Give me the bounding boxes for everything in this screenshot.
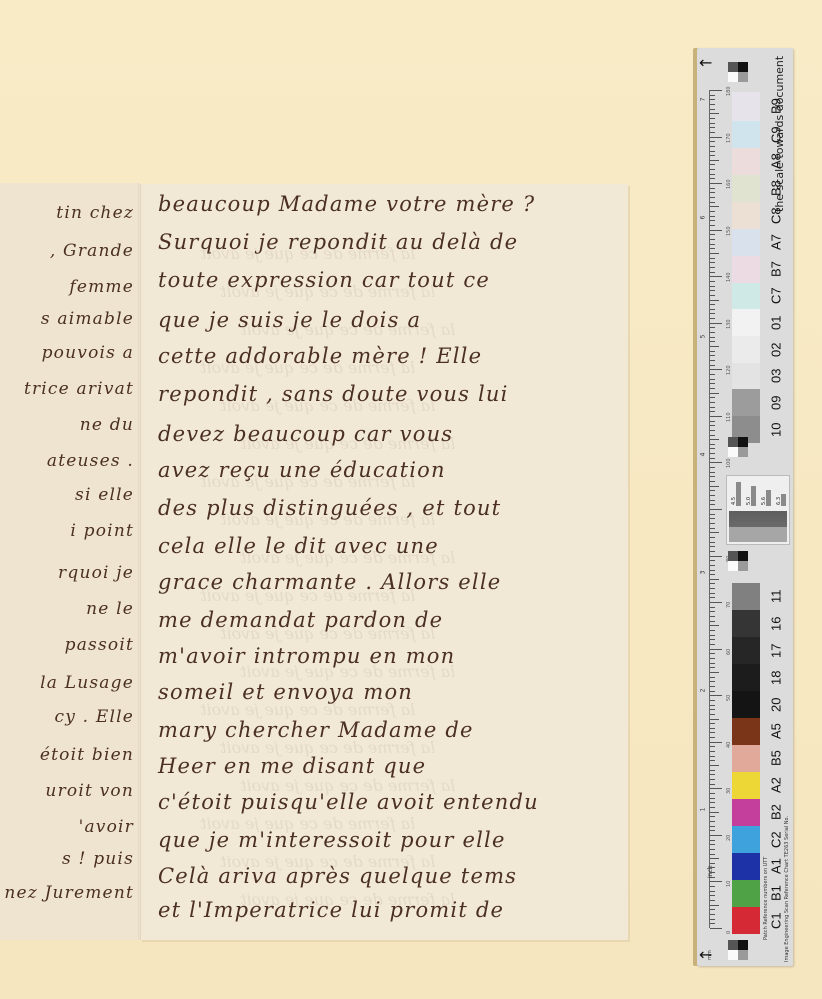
- ruler-tick: [710, 597, 715, 598]
- ruler-tick: [710, 281, 715, 282]
- ink-bleed-through: la ferme de ce que je avoit: [220, 852, 435, 871]
- chart-maker-caption: Image Engineering Scan Reference Chart T…: [784, 786, 790, 962]
- ruler-tick: [710, 802, 715, 803]
- ruler-tick: [710, 160, 719, 161]
- handwritten-line-fragment: la Lusage: [0, 673, 140, 693]
- inch-label: 2: [699, 689, 706, 693]
- patch-label: A7: [763, 229, 789, 256]
- handwritten-line-fragment: ateuses .: [0, 451, 140, 471]
- unit-inch-label: Inch: [707, 860, 714, 878]
- color-patch-02: [732, 336, 760, 363]
- ink-bleed-through: la ferme de ce que je avoit: [200, 586, 415, 605]
- ruler-tick: [710, 695, 722, 696]
- ruler-tick: [710, 788, 722, 789]
- ruler-tick: [710, 574, 715, 575]
- color-patch-16: [732, 610, 760, 637]
- ruler-tick: [710, 784, 715, 785]
- ruler-tick: [710, 588, 715, 589]
- ruler-tick: [710, 411, 715, 412]
- ruler-tick: [710, 793, 715, 794]
- ruler-tick: [710, 234, 715, 235]
- ruler-tick: [710, 183, 722, 184]
- ruler-tick: [710, 667, 715, 668]
- ruler-tick: [710, 327, 715, 328]
- ruler-tick: [710, 700, 715, 701]
- ink-bleed-through: la ferme de ce que je avoit: [220, 282, 435, 301]
- ruler-tick: [710, 430, 715, 431]
- inch-label: 1: [699, 807, 706, 811]
- ruler-tick: [710, 514, 715, 515]
- color-patch-03: [732, 363, 760, 389]
- ink-bleed-through: la ferme de ce que je avoit: [240, 548, 455, 567]
- ruler-tick: [710, 262, 715, 263]
- ruler-tick: [710, 923, 715, 924]
- ruler-tick: [710, 663, 715, 664]
- ink-bleed-through: la ferme de ce que je avoit: [240, 662, 455, 681]
- ruler-tick: [710, 304, 715, 305]
- handwritten-line-fragment: si elle: [0, 485, 140, 505]
- ruler-tick: [710, 490, 715, 491]
- ruler-tick: [710, 807, 715, 808]
- patch-label: 20: [763, 691, 789, 718]
- ruler-tick: [710, 732, 715, 733]
- ruler-tick: [710, 900, 715, 901]
- ruler-tick: [710, 737, 715, 738]
- ruler-tick: [710, 211, 715, 212]
- handwritten-line-fragment: nez Jurement: [0, 883, 140, 903]
- handwritten-line-fragment: étoit bien: [0, 745, 140, 765]
- ruler-tick: [710, 821, 715, 822]
- handwritten-line-fragment: passoit: [0, 635, 140, 655]
- ruler-tick: [710, 397, 715, 398]
- color-patch-b1: [732, 880, 760, 907]
- ruler-tick: [710, 360, 715, 361]
- ruler-tick: [710, 439, 719, 440]
- ruler-tick: [710, 178, 715, 179]
- ink-bleed-through: la ferme de ce que je avoit: [200, 814, 415, 833]
- ruler-tick: [710, 672, 719, 673]
- ruler-tick: [710, 123, 715, 124]
- ink-bleed-through: la ferme de ce que je avoit: [200, 700, 415, 719]
- ruler-tick: [710, 383, 715, 384]
- ruler-tick: [710, 546, 715, 547]
- ruler-tick: [710, 602, 722, 603]
- ruler-tick: [710, 458, 715, 459]
- ruler-tick: [710, 621, 715, 622]
- ruler-tick: [710, 95, 715, 96]
- ruler-tick: [710, 476, 715, 477]
- gray-quad-mid: [728, 437, 748, 457]
- handwritten-line-fragment: uroit von: [0, 781, 140, 801]
- ruler-tick: [710, 146, 715, 147]
- patch-label: A8: [763, 148, 789, 175]
- color-patch-a2: [732, 772, 760, 799]
- ruler-tick: [710, 705, 715, 706]
- ruler-tick: [710, 113, 719, 114]
- ruler-tick: [710, 318, 715, 319]
- color-patch-c1: [732, 907, 760, 934]
- ruler-tick: [710, 388, 715, 389]
- ruler-tick: [710, 472, 715, 473]
- ruler-tick: [710, 765, 719, 766]
- ruler-tick: [710, 881, 722, 882]
- ruler-tick: [710, 779, 715, 780]
- color-patch-b7: [732, 256, 760, 283]
- patch-label: C8: [763, 202, 789, 229]
- unit-mm-label: mm: [707, 946, 713, 960]
- density-label: 6.3: [776, 497, 782, 505]
- handwritten-line-fragment: pouvois a: [0, 343, 140, 363]
- ink-bleed-through: la ferme de ce que je avoit: [240, 890, 455, 909]
- handwritten-line-fragment: i point: [0, 521, 140, 541]
- ruler-tick: [710, 169, 715, 170]
- ruler-tick: [710, 542, 715, 543]
- ruler-tick: [710, 444, 715, 445]
- handwritten-line-fragment: rquoi je: [0, 563, 140, 583]
- ruler-tick: [710, 495, 715, 496]
- patch-label: 03: [763, 363, 789, 389]
- ruler-tick: [710, 518, 715, 519]
- ruler-tick: [710, 295, 715, 296]
- ruler-tick: [710, 132, 715, 133]
- density-bar: 6.3: [776, 480, 786, 508]
- ruler-tick: [710, 267, 715, 268]
- patch-label: A5: [763, 718, 789, 745]
- ink-bleed-through: la ferme de ce que je avoit: [240, 434, 455, 453]
- ruler-tick: [710, 244, 715, 245]
- color-patch-c7: [732, 283, 760, 309]
- ruler-tick: [710, 127, 715, 128]
- ruler-tick: [710, 583, 715, 584]
- ruler-tick: [710, 635, 715, 636]
- density-label: 4.5: [731, 497, 737, 505]
- color-patch-a5: [732, 718, 760, 745]
- ruler-tick: [710, 677, 715, 678]
- ruler-tick: [710, 481, 715, 482]
- ruler-tick: [710, 509, 722, 510]
- ruler-tick: [710, 332, 715, 333]
- patch-label: 02: [763, 336, 789, 363]
- color-patch-a8: [732, 148, 760, 175]
- ruler-tick: [710, 355, 715, 356]
- handwritten-line-fragment: ne du: [0, 415, 140, 435]
- ruler-tick: [710, 537, 715, 538]
- gray-quad-lower: [728, 551, 748, 571]
- ruler-tick: [710, 714, 715, 715]
- ruler-tick: [710, 719, 719, 720]
- ruler-tick: [710, 770, 715, 771]
- ruler-tick: [710, 812, 719, 813]
- density-bar: 5.0: [746, 480, 756, 508]
- inch-label: 5: [699, 334, 706, 338]
- patch-label: B9: [763, 92, 789, 121]
- handwritten-line-fragment: trice arivat: [0, 379, 140, 399]
- ruler-label: 100: [726, 459, 732, 469]
- ruler-tick: [710, 826, 715, 827]
- ruler-tick: [710, 300, 719, 301]
- ruler-tick: [710, 653, 715, 654]
- ruler-tick: [710, 905, 719, 906]
- ruler-tick: [710, 323, 722, 324]
- ruler-tick: [710, 197, 715, 198]
- ruler-tick: [710, 500, 715, 501]
- patch-label: 18: [763, 664, 789, 691]
- color-patch-01: [732, 309, 760, 336]
- ruler-tick: [710, 351, 715, 352]
- patch-label: 11: [763, 583, 789, 610]
- color-patch-b5: [732, 745, 760, 772]
- handwritten-line-fragment: , Grande: [0, 241, 140, 261]
- ruler-tick: [710, 686, 715, 687]
- handwritten-line-fragment: tin chez: [0, 203, 140, 223]
- ruler-tick: [710, 895, 715, 896]
- ruler-tick: [710, 746, 715, 747]
- ruler-tick: [710, 374, 715, 375]
- ruler-tick: [710, 104, 715, 105]
- ruler-tick: [710, 272, 715, 273]
- patch-label: 01: [763, 309, 789, 336]
- ruler-tick: [710, 523, 715, 524]
- ruler-tick: [710, 551, 715, 552]
- ruler-tick: [710, 579, 719, 580]
- ruler-tick: [710, 313, 715, 314]
- ruler-tick: [710, 141, 715, 142]
- color-reference-scale: ← the scale towards document 18017016015…: [697, 48, 793, 966]
- ruler-tick: [710, 402, 715, 403]
- patch-label: 09: [763, 389, 789, 416]
- handwritten-line-fragment: s ! puis: [0, 849, 140, 869]
- handwritten-line: beaucoup Madame votre mère ?: [140, 192, 628, 216]
- ruler-tick: [710, 742, 722, 743]
- ink-bleed-through: la ferme de ce que je avoit: [220, 510, 435, 529]
- ruler-tick: [710, 248, 715, 249]
- ruler-tick: [710, 448, 715, 449]
- ruler-tick: [710, 914, 715, 915]
- ruler-tick: [710, 225, 715, 226]
- density-bar: 5.6: [761, 480, 771, 508]
- ruler-tick: [710, 658, 715, 659]
- ruler-tick: [710, 774, 715, 775]
- gray-quad-top: [728, 62, 748, 82]
- ruler-tick: [710, 216, 715, 217]
- ruler-tick: [710, 164, 715, 165]
- ruler-tick: [710, 309, 715, 310]
- ruler-tick: [710, 625, 719, 626]
- ruler-tick: [710, 276, 722, 277]
- ruler-tick: [710, 909, 715, 910]
- left-page-fragment: tin chez, Grandefemmes aimablepouvois at…: [0, 183, 140, 940]
- ruler-tick: [710, 151, 715, 152]
- handwritten-line-fragment: 'avoir: [0, 817, 140, 837]
- ruler-tick: [710, 830, 715, 831]
- ruler-tick: [710, 155, 715, 156]
- ruler-tick: [710, 556, 722, 557]
- color-patch-c2: [732, 826, 760, 853]
- ink-bleed-through: la ferme de ce que je avoit: [240, 320, 455, 339]
- ruler-tick: [710, 220, 715, 221]
- ink-bleed-through: la ferme de ce que je avoit: [200, 472, 415, 491]
- ink-bleed-through: la ferme de ce que je avoit: [220, 396, 435, 415]
- ruler-tick: [710, 346, 719, 347]
- ruler-tick: [710, 393, 719, 394]
- ruler-tick: [710, 258, 715, 259]
- ruler-tick: [710, 462, 722, 463]
- ruler-tick: [710, 290, 715, 291]
- ruler-tick: [710, 379, 715, 380]
- ruler-tick: [710, 886, 715, 887]
- color-patch-b2: [732, 799, 760, 826]
- ruler-tick: [710, 649, 722, 650]
- ruler-tick: [710, 607, 715, 608]
- ruler-tick: [710, 369, 722, 370]
- ruler-tick: [710, 798, 715, 799]
- ruler-tick: [710, 681, 715, 682]
- color-patch-09: [732, 389, 760, 416]
- density-bar: 4.5: [731, 480, 741, 508]
- ruler-tick: [710, 407, 715, 408]
- patch-label: C9: [763, 121, 789, 148]
- ruler-tick: [710, 253, 719, 254]
- ruler-tick: [710, 202, 715, 203]
- ruler-tick: [710, 691, 715, 692]
- ink-bleed-through: la ferme de ce que je avoit: [220, 738, 435, 757]
- ruler-tick: [710, 611, 715, 612]
- ruler-tick: [710, 435, 715, 436]
- ruler-tick: [710, 854, 715, 855]
- ruler-tick: [710, 919, 715, 920]
- ruler-tick: [710, 425, 715, 426]
- ruler-tick: [710, 192, 715, 193]
- ruler-tick: [710, 532, 719, 533]
- ruler-tick: [710, 616, 715, 617]
- ruler-tick: [710, 528, 715, 529]
- ruler-tick: [710, 644, 715, 645]
- density-target: 4.55.05.66.3: [726, 475, 790, 545]
- ruler-tick: [710, 416, 722, 417]
- ruler-tick: [710, 467, 715, 468]
- ruler-tick: [710, 286, 715, 287]
- gray-quad-bottom: [728, 940, 748, 960]
- inch-label: 4: [699, 453, 706, 457]
- ruler-tick: [710, 630, 715, 631]
- color-patch-b9: [732, 92, 760, 121]
- color-patch-18: [732, 664, 760, 691]
- ruler-tick: [710, 341, 715, 342]
- handwritten-line-fragment: ne le: [0, 599, 140, 619]
- color-patch-b8: [732, 175, 760, 202]
- ruler-tick: [710, 835, 722, 836]
- ink-bleed-through: la ferme de ce que je avoit: [200, 244, 415, 263]
- ruler-tick: [710, 421, 715, 422]
- ruler-tick: [710, 504, 715, 505]
- ink-bleed-through: la ferme de ce que je avoit: [220, 624, 435, 643]
- ruler-tick: [710, 709, 715, 710]
- handwritten-line-fragment: cy . Elle: [0, 707, 140, 727]
- handwritten-line-fragment: femme: [0, 277, 140, 297]
- ruler-tick: [710, 593, 715, 594]
- ruler-tick: [710, 639, 715, 640]
- handwritten-line-fragment: s aimable: [0, 309, 140, 329]
- inch-label: 3: [699, 571, 706, 575]
- density-label: 5.6: [761, 497, 767, 505]
- ruler-tick: [710, 99, 715, 100]
- color-patch-a7: [732, 229, 760, 256]
- ruler-tick: [710, 849, 715, 850]
- ruler-tick: [710, 891, 715, 892]
- color-patch-c8: [732, 202, 760, 229]
- ruler-tick: [710, 751, 715, 752]
- ruler-tick: [710, 840, 715, 841]
- patch-label: B7: [763, 256, 789, 283]
- ruler-tick: [710, 760, 715, 761]
- ruler-tick: [710, 365, 715, 366]
- patch-reference-caption: Patch Reference numbers on UTT: [763, 880, 769, 940]
- arrow-left-icon: ←: [699, 56, 719, 70]
- ruler-tick: [710, 565, 715, 566]
- patch-label: 16: [763, 610, 789, 637]
- ruler-tick: [710, 570, 715, 571]
- ruler-tick: [710, 90, 722, 91]
- color-patch-17: [732, 637, 760, 664]
- density-label: 5.0: [746, 497, 752, 505]
- ink-bleed-through: la ferme de ce que je avoit: [200, 358, 415, 377]
- ruler-tick: [710, 453, 715, 454]
- color-patch-a1: [732, 853, 760, 880]
- ruler-tick: [710, 188, 715, 189]
- patch-label: B8: [763, 175, 789, 202]
- ruler-tick: [710, 816, 715, 817]
- color-patch-20: [732, 691, 760, 718]
- ruler-tick: [710, 206, 719, 207]
- ruler-tick: [710, 137, 722, 138]
- ruler-tick: [710, 337, 715, 338]
- color-patch-11: [732, 583, 760, 610]
- ruler-tick: [710, 239, 715, 240]
- inch-label: 6: [699, 216, 706, 220]
- ruler-tick: [710, 928, 722, 929]
- patch-label: 10: [763, 416, 789, 443]
- ruler-tick: [710, 844, 715, 845]
- ruler-tick: [710, 756, 715, 757]
- patch-label: 17: [763, 637, 789, 664]
- inch-label: 7: [699, 98, 706, 102]
- patch-label: B5: [763, 745, 789, 772]
- ruler-tick: [710, 858, 719, 859]
- ruler-tick: [710, 560, 715, 561]
- letter-page: beaucoup Madame votre mère ?Surquoi je r…: [140, 184, 628, 940]
- ruler-tick: [710, 728, 715, 729]
- ruler-tick: [710, 118, 715, 119]
- ruler-tick: [710, 230, 722, 231]
- patch-label: C7: [763, 283, 789, 309]
- ink-bleed-through: la ferme de ce que je avoit: [240, 776, 455, 795]
- ruler-tick: [710, 486, 719, 487]
- color-patch-c9: [732, 121, 760, 148]
- handwritten-line: Heer en me disant que: [140, 754, 628, 778]
- ruler-tick: [710, 109, 715, 110]
- ruler-tick: [710, 723, 715, 724]
- ruler-tick: [710, 174, 715, 175]
